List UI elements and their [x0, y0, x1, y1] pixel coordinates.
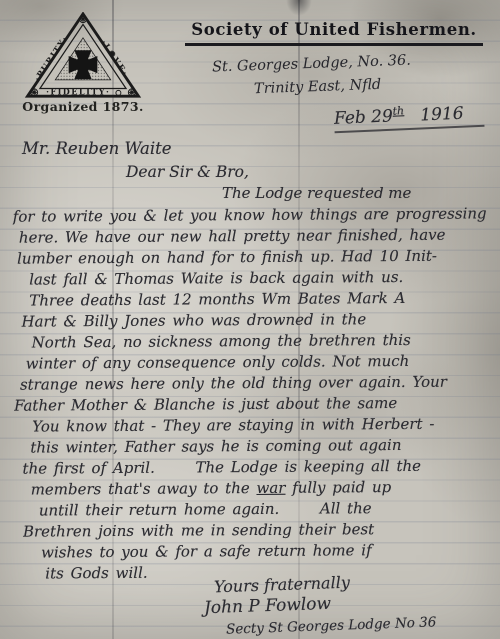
- emblem-organized-label: Organized 1873.: [20, 99, 146, 114]
- society-title: Society of United Fishermen.: [185, 20, 483, 46]
- signature: John P Fowlow: [204, 594, 332, 618]
- war-line-post: fully paid up: [285, 478, 391, 497]
- suf-emblem: ·PURITY· ·L✺VE· ·FIDELITY·: [24, 12, 142, 100]
- letter-body: for to write you & let you know how thin…: [13, 204, 492, 585]
- crease-smudge: [286, 0, 312, 16]
- signature-title: Secty St Georges Lodge No 36: [226, 614, 437, 637]
- lodge-line: St. Georges Lodge, No. 36.: [212, 53, 411, 76]
- salutation: Dear Sir & Bro,: [126, 163, 249, 181]
- scanned-letter-page: ·PURITY· ·L✺VE· ·FIDELITY· Organized 187…: [0, 0, 500, 639]
- location-line: Trinity East, Nfld: [254, 77, 382, 97]
- war-line-pre: members that's away to the: [31, 479, 257, 499]
- addressee: Mr. Reuben Waite: [22, 139, 172, 158]
- opening-line: The Lodge requested me: [222, 184, 411, 202]
- date-day: Feb 29: [334, 106, 394, 129]
- war-word-underlined: war: [256, 479, 285, 497]
- handwritten-date: Feb 29th1916: [334, 101, 485, 133]
- emblem-word-fidelity: ·FIDELITY·: [46, 87, 110, 97]
- date-year: 1916: [420, 103, 464, 125]
- date-ordinal-suffix: th: [392, 104, 404, 117]
